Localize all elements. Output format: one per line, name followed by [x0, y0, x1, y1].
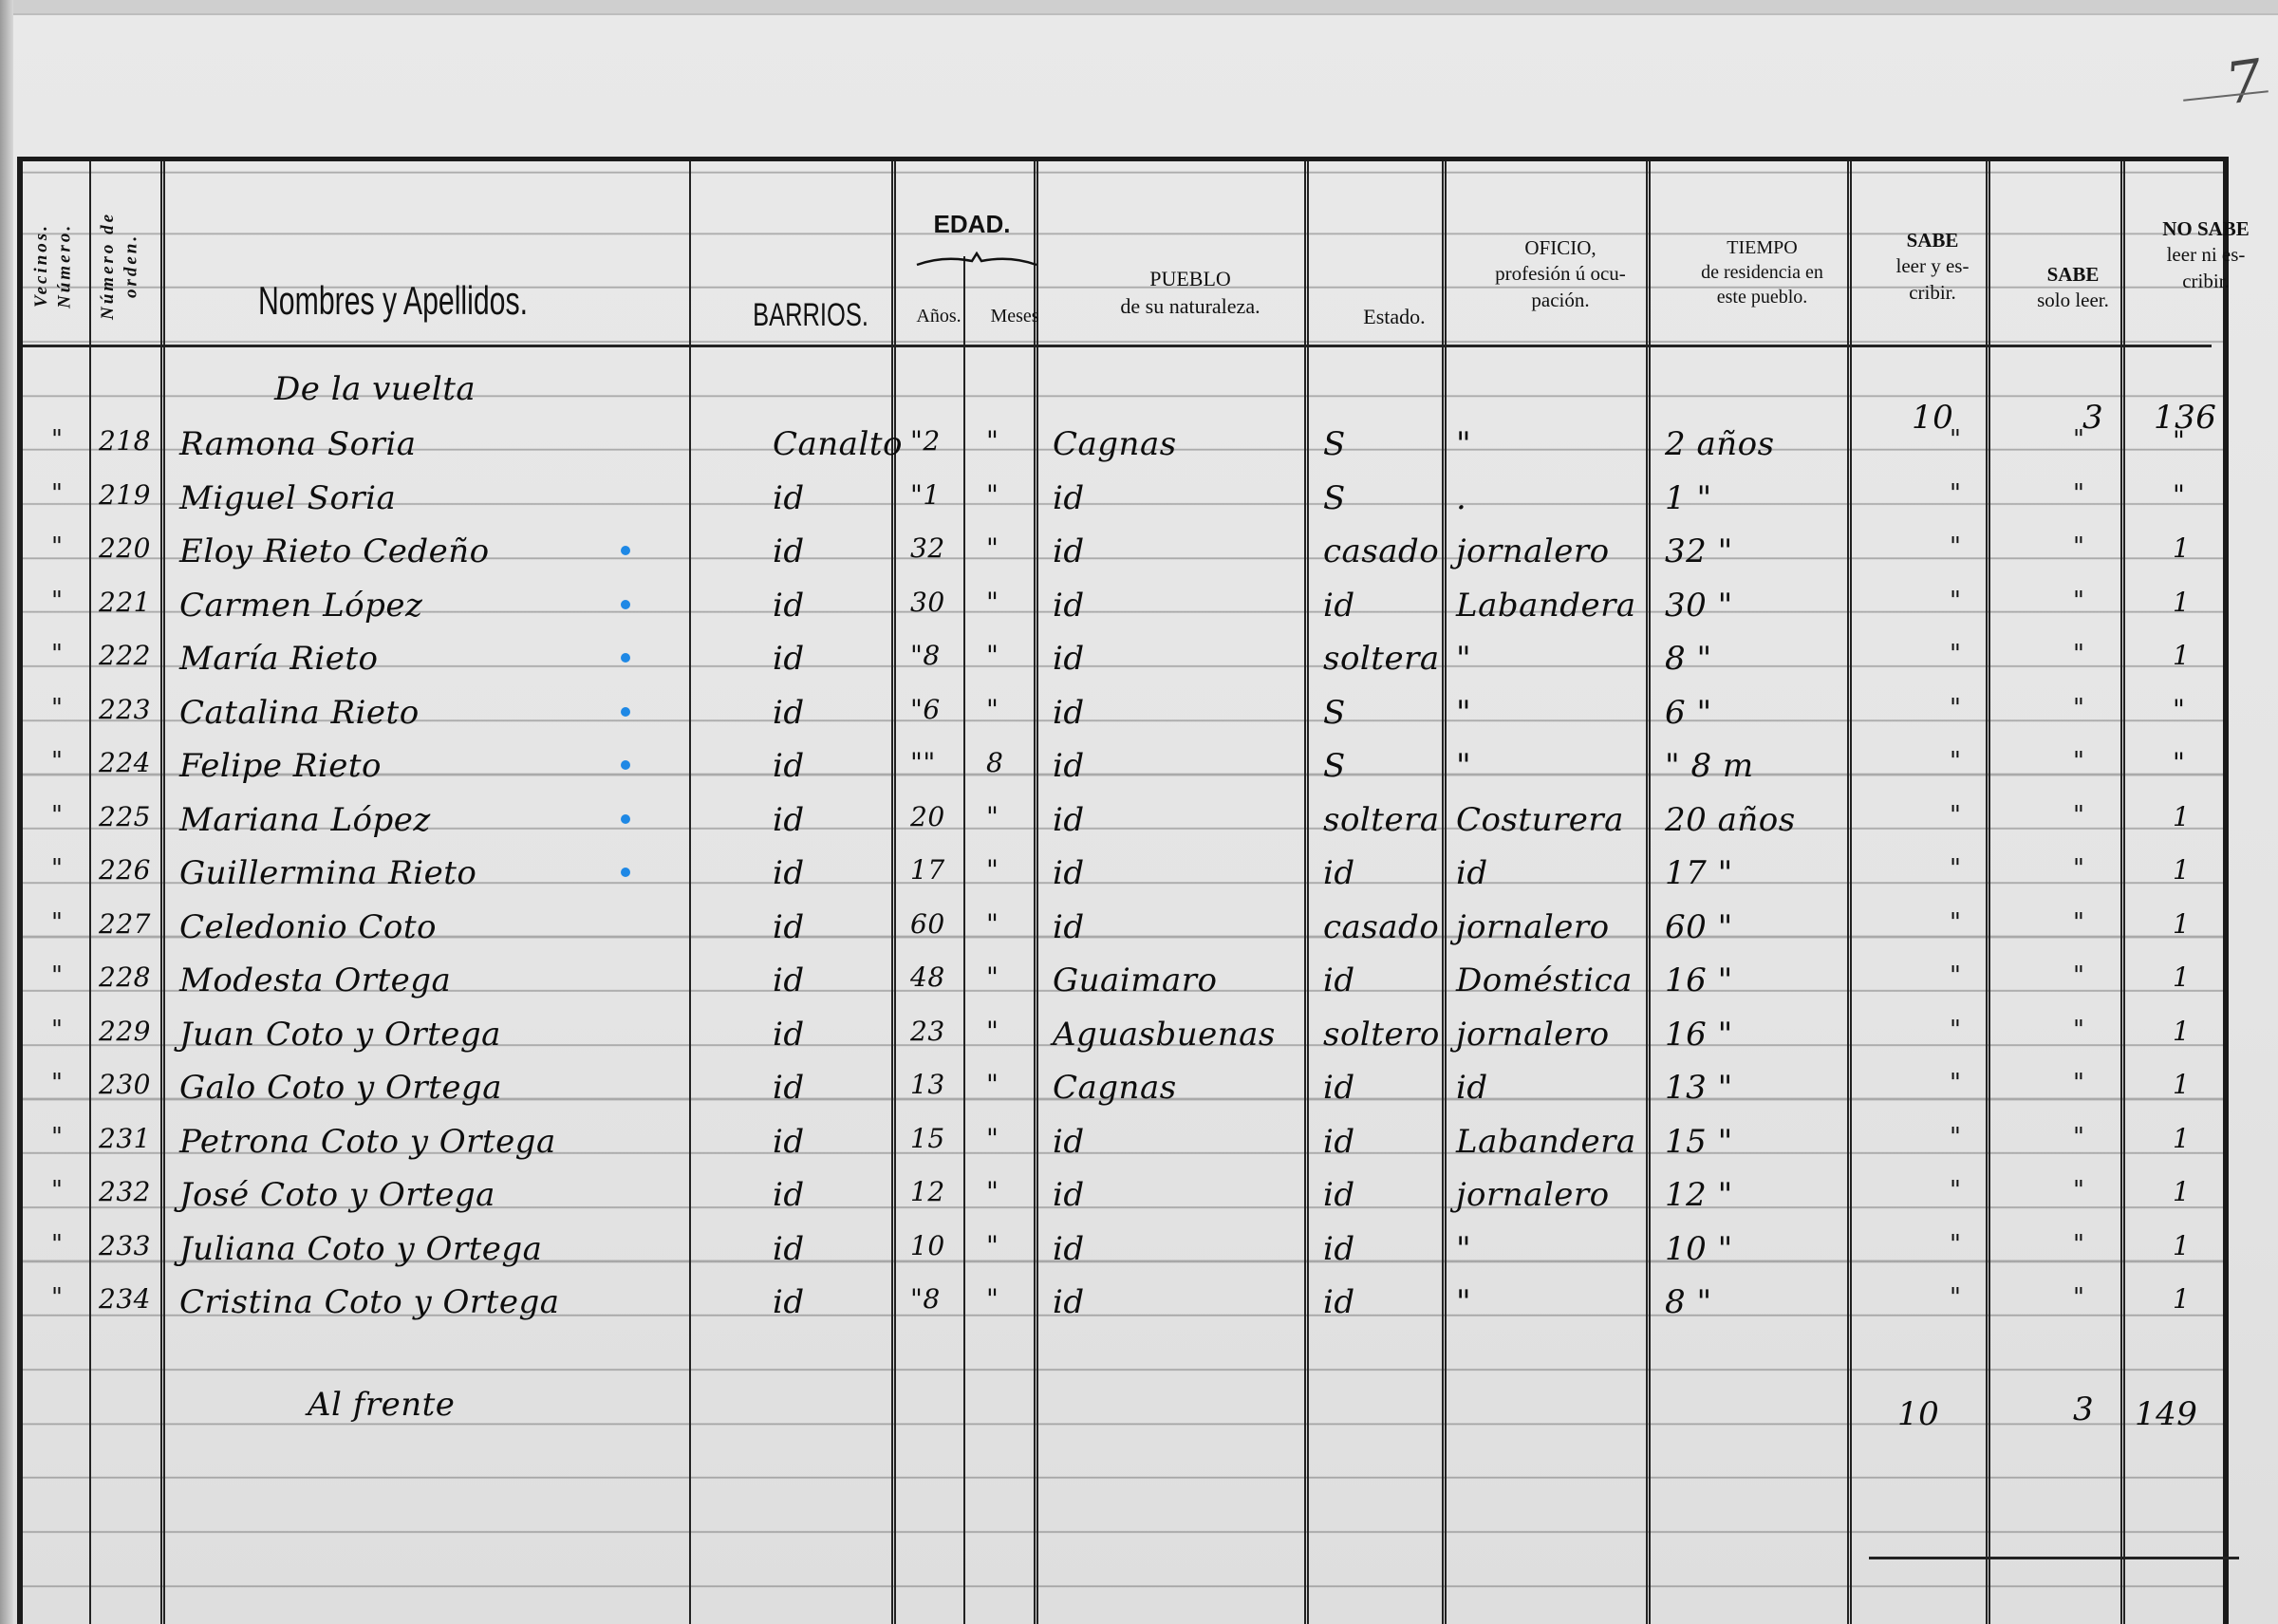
cell-orden: 230 [99, 1069, 151, 1100]
cell-pueblo: Cagnas [1053, 1069, 1177, 1107]
annotation-marker-icon[interactable] [621, 814, 630, 824]
col-divider [689, 161, 691, 1624]
header-oficio-line3: pación. [1461, 288, 1660, 313]
cell-oficio: Doméstica [1456, 961, 1633, 999]
cell-sabe-leer-escribir: " [1950, 961, 1961, 990]
cell-nombre: Ramona Soria [179, 425, 417, 463]
annotation-marker-icon[interactable] [621, 546, 630, 555]
cell-barrio: id [773, 1069, 805, 1107]
header-no-sabe: NO SABE leer ni es- cribir. [2139, 216, 2272, 294]
cell-no-sabe: " [2173, 425, 2185, 457]
header-pueblo-sub: de su naturaleza. [1057, 293, 1323, 321]
cell-meses: " [986, 479, 999, 511]
cell-anos: 23 [910, 1016, 945, 1047]
cell-oficio: " [1456, 425, 1471, 463]
cell-sabe-solo-leer: " [2073, 747, 2084, 775]
header-bottom-rule [23, 345, 2212, 347]
header-tiempo-title: TIEMPO [1665, 235, 1859, 260]
header-sabe-line3: cribir. [1866, 280, 1999, 306]
header-numero-orden: Número de orden. [97, 199, 154, 332]
total-sabe-le: 10 [1897, 1395, 1939, 1433]
cell-sabe-solo-leer: " [2073, 532, 2084, 561]
cell-oficio: " [1456, 694, 1471, 732]
cell-estado: id [1323, 1069, 1355, 1107]
cell-nombre: Juan Coto y Ortega [179, 1016, 501, 1054]
cell-orden: 223 [99, 694, 151, 725]
cell-anos: 32 [910, 532, 945, 564]
cell-no-sabe: 1 [2173, 908, 2190, 940]
header-pueblo-title: PUEBLO [1057, 266, 1323, 293]
cell-anos: "8 [910, 1283, 941, 1315]
annotation-marker-icon[interactable] [621, 868, 630, 877]
cell-tiempo: 8 " [1665, 640, 1712, 678]
annotation-marker-icon[interactable] [621, 600, 630, 609]
edad-brace-icon [915, 252, 1038, 271]
cell-tiempo: 6 " [1665, 694, 1712, 732]
cell-estado: id [1323, 854, 1355, 892]
cell-orden: 220 [99, 532, 151, 564]
cell-pueblo: id [1053, 1230, 1085, 1268]
header-no-sabe-line3: cribir. [2139, 269, 2272, 294]
cell-sabe-solo-leer: " [2073, 479, 2084, 508]
cell-meses: " [986, 801, 999, 832]
cell-vecino: " [51, 587, 63, 615]
col-divider [1646, 161, 1651, 1624]
cell-anos: 20 [910, 801, 945, 832]
cell-estado: S [1323, 479, 1346, 517]
cell-anos: "6 [910, 694, 941, 725]
cell-oficio: " [1456, 640, 1471, 678]
cell-vecino: " [51, 1123, 63, 1151]
cell-meses: " [986, 1123, 999, 1154]
census-page: 7 Vecinos. Número. Número de orden. Nomb… [0, 0, 2278, 1624]
cell-sabe-leer-escribir: " [1950, 1016, 1961, 1044]
header-tiempo: TIEMPO de residencia en este pueblo. [1665, 235, 1859, 309]
cell-oficio: . [1456, 479, 1466, 517]
cell-oficio: id [1456, 1069, 1488, 1107]
cell-pueblo: id [1053, 1283, 1085, 1321]
census-ledger-table: Vecinos. Número. Número de orden. Nombre… [17, 157, 2229, 1624]
cell-nombre: Mariana López [179, 801, 431, 839]
header-pueblo: PUEBLO de su naturaleza. [1057, 266, 1323, 320]
totals-rule [1869, 1557, 2239, 1559]
cell-barrio: id [773, 854, 805, 892]
cell-vecino: " [51, 532, 63, 561]
cell-vecino: " [51, 1016, 63, 1044]
cell-tiempo: 2 años [1665, 425, 1775, 463]
cell-barrio: id [773, 1016, 805, 1054]
cell-nombre: Modesta Ortega [179, 961, 451, 999]
cell-pueblo: id [1053, 801, 1085, 839]
cell-meses: " [986, 854, 999, 886]
cell-sabe-solo-leer: " [2073, 1176, 2084, 1204]
cell-vecino: " [51, 908, 63, 937]
cell-sabe-leer-escribir: " [1950, 1176, 1961, 1204]
cell-barrio: id [773, 640, 805, 678]
col-divider [89, 161, 91, 1624]
cell-meses: " [986, 1176, 999, 1207]
cell-anos: 10 [910, 1230, 945, 1261]
cell-estado: id [1323, 961, 1355, 999]
cell-tiempo: 10 " [1665, 1230, 1733, 1268]
cell-vecino: " [51, 854, 63, 883]
cell-sabe-leer-escribir: " [1950, 1069, 1961, 1097]
cell-nombre: José Coto y Ortega [179, 1176, 495, 1214]
cell-orden: 234 [99, 1283, 151, 1315]
cell-sabe-leer-escribir: " [1950, 1123, 1961, 1151]
cell-pueblo: id [1053, 1176, 1085, 1214]
cell-orden: 225 [99, 801, 151, 832]
cell-meses: " [986, 908, 999, 940]
col-divider [1034, 161, 1038, 1624]
cell-vecino: " [51, 425, 63, 454]
cell-no-sabe: 1 [2173, 587, 2190, 618]
cell-barrio: id [773, 747, 805, 785]
cell-pueblo: id [1053, 694, 1085, 732]
cell-vecino: " [51, 801, 63, 830]
total-sabe-l: 3 [2073, 1391, 2094, 1428]
cell-estado: casado [1323, 908, 1439, 946]
cell-nombre: Celedonio Coto [179, 908, 437, 946]
cell-meses: " [986, 1016, 999, 1047]
cell-oficio: id [1456, 854, 1488, 892]
cell-nombre: Petrona Coto y Ortega [179, 1123, 556, 1161]
cell-no-sabe: 1 [2173, 961, 2190, 993]
cell-no-sabe: " [2173, 479, 2185, 511]
cell-estado: id [1323, 1123, 1355, 1161]
cell-estado: id [1323, 1230, 1355, 1268]
cell-no-sabe: 1 [2173, 1016, 2190, 1047]
cell-estado: S [1323, 747, 1346, 785]
cell-pueblo: id [1053, 587, 1085, 625]
cell-sabe-solo-leer: " [2073, 801, 2084, 830]
total-no-sabe: 149 [2135, 1395, 2197, 1433]
col-divider [1847, 161, 1852, 1624]
cell-anos: 30 [910, 587, 945, 618]
cell-sabe-leer-escribir: " [1950, 694, 1961, 722]
cell-pueblo: Aguasbuenas [1053, 1016, 1276, 1054]
cell-meses: " [986, 1069, 999, 1100]
cell-oficio: jornalero [1456, 1016, 1610, 1054]
cell-vecino: " [51, 961, 63, 990]
cell-anos: 17 [910, 854, 945, 886]
cell-sabe-leer-escribir: " [1950, 908, 1961, 937]
carry-forward-sabe-le: 10 [1912, 399, 1953, 437]
cell-pueblo: id [1053, 747, 1085, 785]
cell-oficio: Costurera [1456, 801, 1624, 839]
cell-sabe-leer-escribir: " [1950, 747, 1961, 775]
cell-estado: casado [1323, 532, 1439, 570]
col-divider [1442, 161, 1447, 1624]
cell-barrio: id [773, 1176, 805, 1214]
cell-meses: " [986, 640, 999, 671]
cell-estado: S [1323, 425, 1346, 463]
header-sabe-line2: solo leer. [2007, 288, 2139, 313]
cell-orden: 221 [99, 587, 151, 618]
cell-orden: 229 [99, 1016, 151, 1047]
cell-no-sabe: 1 [2173, 1283, 2190, 1315]
cell-sabe-leer-escribir: " [1950, 532, 1961, 561]
cell-anos: "1 [910, 479, 941, 511]
cell-vecino: " [51, 479, 63, 508]
cell-vecino: " [51, 1069, 63, 1097]
cell-sabe-solo-leer: " [2073, 1230, 2084, 1259]
cell-sabe-solo-leer: " [2073, 854, 2084, 883]
page-binding-edge [0, 0, 13, 1624]
cell-meses: " [986, 587, 999, 618]
cell-anos: 15 [910, 1123, 945, 1154]
cell-tiempo: 1 " [1665, 479, 1712, 517]
cell-oficio: " [1456, 1230, 1471, 1268]
cell-anos: "" [910, 747, 936, 778]
cell-vecino: " [51, 747, 63, 775]
cell-barrio: Canalto [773, 425, 903, 463]
cell-pueblo: id [1053, 640, 1085, 678]
cell-orden: 224 [99, 747, 151, 778]
cell-barrio: id [773, 1230, 805, 1268]
header-sabe-leer-escribir: SABE leer y es- cribir. [1866, 228, 1999, 306]
header-estado: Estado. [1328, 304, 1461, 331]
cell-no-sabe: 1 [2173, 640, 2190, 671]
header-no-sabe-line2: leer ni es- [2139, 242, 2272, 268]
cell-estado: soltero [1323, 1016, 1440, 1054]
cell-tiempo: 20 años [1665, 801, 1796, 839]
cell-nombre: Carmen López [179, 587, 422, 625]
cell-sabe-solo-leer: " [2073, 1069, 2084, 1097]
cell-nombre: Eloy Rieto Cedeño [179, 532, 490, 570]
page-top-edge [0, 0, 2278, 15]
header-tiempo-line3: este pueblo. [1665, 285, 1859, 309]
cell-no-sabe: 1 [2173, 1176, 2190, 1207]
cell-sabe-solo-leer: " [2073, 694, 2084, 722]
cell-orden: 227 [99, 908, 151, 940]
cell-no-sabe: 1 [2173, 1069, 2190, 1100]
header-tiempo-line2: de residencia en [1665, 260, 1859, 285]
cell-meses: " [986, 694, 999, 725]
cell-sabe-solo-leer: " [2073, 640, 2084, 668]
cell-barrio: id [773, 532, 805, 570]
cell-orden: 218 [99, 425, 151, 457]
col-divider [891, 161, 896, 1624]
cell-no-sabe: 1 [2173, 1230, 2190, 1261]
cell-tiempo: 32 " [1665, 532, 1733, 570]
cell-vecino: " [51, 694, 63, 722]
cell-orden: 219 [99, 479, 151, 511]
cell-barrio: id [773, 1283, 805, 1321]
cell-barrio: id [773, 961, 805, 999]
cell-no-sabe: 1 [2173, 1123, 2190, 1154]
cell-sabe-solo-leer: " [2073, 1283, 2084, 1312]
header-barrios: BARRIOS. [739, 294, 882, 336]
cell-tiempo: " 8 m [1665, 747, 1754, 785]
cell-nombre: Cristina Coto y Ortega [179, 1283, 560, 1321]
cell-anos: 13 [910, 1069, 945, 1100]
cell-vecino: " [51, 640, 63, 668]
cell-barrio: id [773, 587, 805, 625]
cell-tiempo: 13 " [1665, 1069, 1733, 1107]
cell-anos: "8 [910, 640, 941, 671]
cell-orden: 228 [99, 961, 151, 993]
header-sabe-solo-leer: SABE solo leer. [2007, 262, 2139, 314]
cell-pueblo: id [1053, 532, 1085, 570]
cell-tiempo: 60 " [1665, 908, 1733, 946]
cell-meses: " [986, 425, 999, 457]
cell-pueblo: id [1053, 1123, 1085, 1161]
col-divider [1304, 161, 1309, 1624]
cell-barrio: id [773, 801, 805, 839]
header-meses: Meses [977, 304, 1053, 328]
cell-oficio: jornalero [1456, 908, 1610, 946]
cell-nombre: Miguel Soria [179, 479, 396, 517]
cell-meses: 8 [986, 747, 1003, 778]
carry-forward-sabe-l: 3 [2082, 399, 2103, 437]
cell-sabe-leer-escribir: " [1950, 640, 1961, 668]
cell-pueblo: Guaimaro [1053, 961, 1217, 999]
col-divider [2120, 161, 2125, 1624]
cell-tiempo: 12 " [1665, 1176, 1733, 1214]
header-oficio: OFICIO, profesión ú ocu- pación. [1461, 235, 1660, 313]
cell-tiempo: 8 " [1665, 1283, 1712, 1321]
header-anos: Años. [901, 304, 977, 328]
cell-orden: 231 [99, 1123, 151, 1154]
cell-estado: id [1323, 1176, 1355, 1214]
annotation-marker-icon[interactable] [621, 707, 630, 717]
cell-sabe-leer-escribir: " [1950, 425, 1961, 454]
cell-oficio: " [1456, 1283, 1471, 1321]
cell-meses: " [986, 1283, 999, 1315]
cell-no-sabe: 1 [2173, 532, 2190, 564]
header-nombres: Nombres y Apellidos. [222, 275, 564, 327]
cell-barrio: id [773, 694, 805, 732]
cell-nombre: Galo Coto y Ortega [179, 1069, 502, 1107]
cell-sabe-solo-leer: " [2073, 1123, 2084, 1151]
cell-barrio: id [773, 479, 805, 517]
cell-sabe-leer-escribir: " [1950, 801, 1961, 830]
carry-over-label: Al frente [308, 1386, 455, 1424]
folio-number: 7 [2221, 47, 2267, 119]
cell-pueblo: Cagnas [1053, 425, 1177, 463]
cell-nombre: Catalina Rieto [179, 694, 420, 732]
cell-anos: 48 [910, 961, 945, 993]
cell-sabe-solo-leer: " [2073, 961, 2084, 990]
cell-sabe-leer-escribir: " [1950, 587, 1961, 615]
annotation-marker-icon[interactable] [621, 653, 630, 663]
cell-oficio: Labandera [1456, 1123, 1636, 1161]
cell-no-sabe: " [2173, 694, 2185, 725]
cell-pueblo: id [1053, 908, 1085, 946]
cell-orden: 233 [99, 1230, 151, 1261]
header-oficio-title: OFICIO, [1461, 235, 1660, 261]
cell-tiempo: 17 " [1665, 854, 1733, 892]
cell-nombre: María Rieto [179, 640, 379, 678]
cell-oficio: Labandera [1456, 587, 1636, 625]
cell-oficio: " [1456, 747, 1471, 785]
cell-nombre: Felipe Rieto [179, 747, 382, 785]
cell-tiempo: 16 " [1665, 1016, 1733, 1054]
header-oficio-line2: profesión ú ocu- [1461, 261, 1660, 287]
cell-anos: "2 [910, 425, 941, 457]
cell-no-sabe: 1 [2173, 801, 2190, 832]
cell-meses: " [986, 532, 999, 564]
header-vecinos-numero: Vecinos. Número. [30, 199, 87, 332]
cell-anos: 12 [910, 1176, 945, 1207]
annotation-marker-icon[interactable] [621, 760, 630, 770]
cell-nombre: Juliana Coto y Ortega [179, 1230, 542, 1268]
cell-sabe-solo-leer: " [2073, 425, 2084, 454]
header-sabe-title: SABE [1866, 228, 1999, 253]
col-divider [963, 256, 965, 1624]
cell-vecino: " [51, 1230, 63, 1259]
carry-forward-label: De la vuelta [274, 370, 476, 408]
cell-nombre: Guillermina Rieto [179, 854, 476, 892]
cell-sabe-solo-leer: " [2073, 587, 2084, 615]
cell-no-sabe: 1 [2173, 854, 2190, 886]
cell-oficio: jornalero [1456, 532, 1610, 570]
header-sabe-line2: leer y es- [1866, 253, 1999, 279]
cell-vecino: " [51, 1283, 63, 1312]
cell-orden: 232 [99, 1176, 151, 1207]
cell-estado: S [1323, 694, 1346, 732]
cell-sabe-solo-leer: " [2073, 1016, 2084, 1044]
cell-barrio: id [773, 1123, 805, 1161]
cell-oficio: jornalero [1456, 1176, 1610, 1214]
cell-tiempo: 16 " [1665, 961, 1733, 999]
cell-pueblo: id [1053, 479, 1085, 517]
cell-estado: id [1323, 587, 1355, 625]
cell-tiempo: 30 " [1665, 587, 1733, 625]
cell-no-sabe: " [2173, 747, 2185, 778]
cell-vecino: " [51, 1176, 63, 1204]
cell-tiempo: 15 " [1665, 1123, 1733, 1161]
header-edad: EDAD. [906, 209, 1038, 241]
cell-meses: " [986, 1230, 999, 1261]
cell-estado: id [1323, 1283, 1355, 1321]
cell-meses: " [986, 961, 999, 993]
cell-estado: soltera [1323, 801, 1440, 839]
header-no-sabe-title: NO SABE [2139, 216, 2272, 242]
col-divider [160, 161, 165, 1624]
cell-estado: soltera [1323, 640, 1440, 678]
cell-pueblo: id [1053, 854, 1085, 892]
cell-orden: 226 [99, 854, 151, 886]
cell-sabe-solo-leer: " [2073, 908, 2084, 937]
header-sabe-title: SABE [2007, 262, 2139, 288]
cell-sabe-leer-escribir: " [1950, 854, 1961, 883]
cell-orden: 222 [99, 640, 151, 671]
cell-anos: 60 [910, 908, 945, 940]
cell-sabe-leer-escribir: " [1950, 479, 1961, 508]
cell-barrio: id [773, 908, 805, 946]
cell-sabe-leer-escribir: " [1950, 1230, 1961, 1259]
cell-sabe-leer-escribir: " [1950, 1283, 1961, 1312]
col-divider [1986, 161, 1990, 1624]
